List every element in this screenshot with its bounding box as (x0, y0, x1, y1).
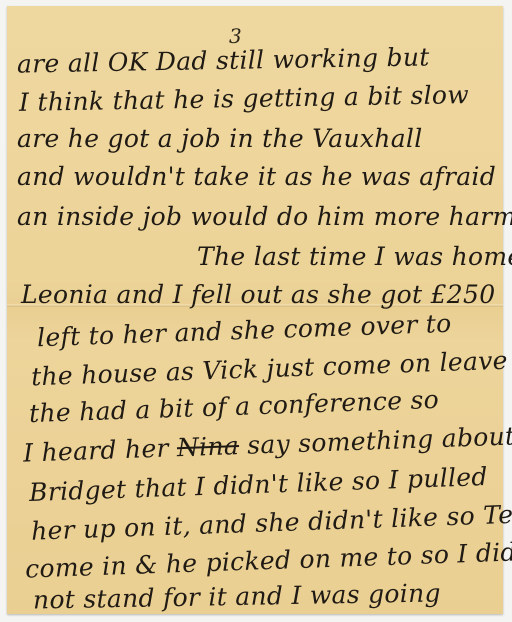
letter-line-12: Bridget that I didn't like so I pulled (29, 462, 489, 507)
letter-line-13: her up on it, and she didn't like so Ted (31, 499, 512, 545)
letter-line-1: are all OK Dad still working but (17, 42, 430, 78)
letter-line-6: The last time I was home (197, 242, 512, 271)
line-11-end: say something about (247, 421, 512, 459)
letter-line-15: not stand for it and I was going (33, 578, 441, 614)
page-number: 3 (229, 24, 242, 48)
letter-line-10: the had a bit of a conference so (29, 385, 440, 428)
letter-line-14: come in & he picked on me to so I did (25, 537, 512, 583)
letter-line-11: I heard her Nina say something about (23, 421, 512, 467)
letter-line-3: are he got a job in the Vauxhall (17, 124, 423, 153)
letter-page: 3 are all OK Dad still working but I thi… (7, 6, 503, 614)
letter-line-5: an inside job would do him more harm (17, 202, 512, 231)
letter-line-8: left to her and she come over to (37, 309, 452, 352)
line-11-start: I heard her (23, 434, 170, 468)
struck-word: Nina (176, 431, 239, 462)
letter-line-2: I think that he is getting a bit slow (19, 80, 469, 117)
letter-line-7: Leonia and I fell out as she got £250 (21, 280, 495, 309)
letter-line-4: and wouldn't take it as he was afraid (17, 162, 496, 191)
